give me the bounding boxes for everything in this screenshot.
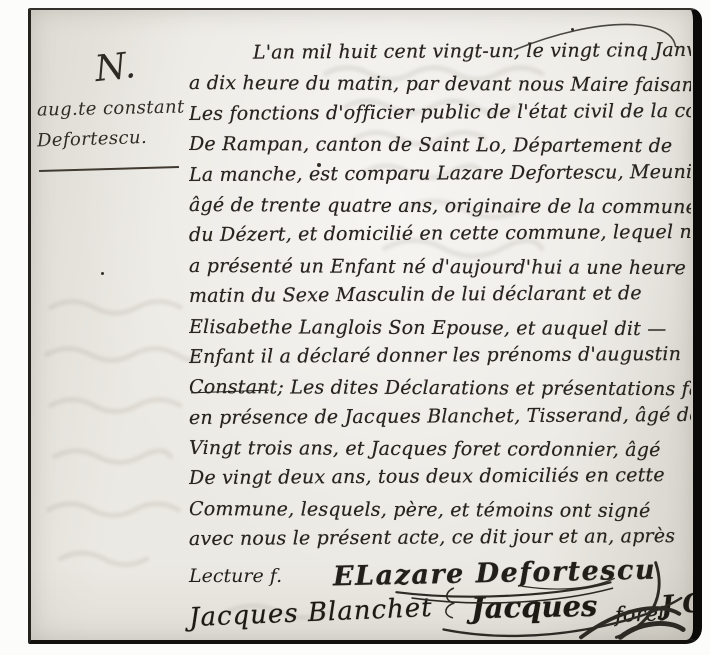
- document-scan: N. aug.te constant Defortescu. L'an mil …: [28, 8, 702, 644]
- signature-witness2-lastname: foret: [615, 601, 667, 627]
- manuscript-line: en présence de Jacques Blanchet, Tissera…: [189, 404, 691, 437]
- manuscript-line: du Dézert, et domicilié en cette commune…: [189, 221, 691, 254]
- margin-underline-rule: [39, 166, 179, 172]
- manuscript-line: De vingt deux ans, tous deux domiciliés …: [189, 464, 691, 497]
- manuscript-line: La manche, est comparu Lazare Defortescu…: [189, 160, 691, 193]
- manuscript-line: matin du Sexe Masculin de lui déclarant …: [189, 282, 691, 315]
- ink-speck: [571, 28, 574, 31]
- closing-word: Lecture f.: [189, 565, 282, 587]
- closing-row: Lecture f. ELazare Defortescu: [189, 558, 656, 589]
- manuscript-line: Enfant il a déclaré donner les prénoms d…: [189, 343, 691, 376]
- signature-witness1: Jacques Blanchet: [188, 593, 433, 633]
- signature-official: J Guill: [660, 585, 702, 621]
- manuscript-line: avec nous le présent acte, ce dit jour e…: [189, 525, 691, 558]
- margin-child-name-line1: aug.te constant: [37, 92, 190, 125]
- manuscript-line: Les fonctions d'officier public de l'éta…: [189, 100, 691, 133]
- manuscript-line: L'an mil huit cent vingt-un, le vingt ci…: [189, 42, 691, 72]
- margin-annotation: N. aug.te constant Defortescu.: [37, 50, 189, 154]
- margin-number-symbol: N.: [93, 48, 137, 88]
- signature-father: ELazare Defortescu: [333, 555, 657, 593]
- margin-child-name-line2: Defortescu.: [37, 122, 190, 157]
- ink-speck: [101, 272, 104, 275]
- act-body-text: L'an mil huit cent vingt-un, le vingt ci…: [189, 42, 691, 564]
- signature-witness2-firstname: Jacques: [471, 589, 598, 625]
- ink-speck: [317, 163, 321, 167]
